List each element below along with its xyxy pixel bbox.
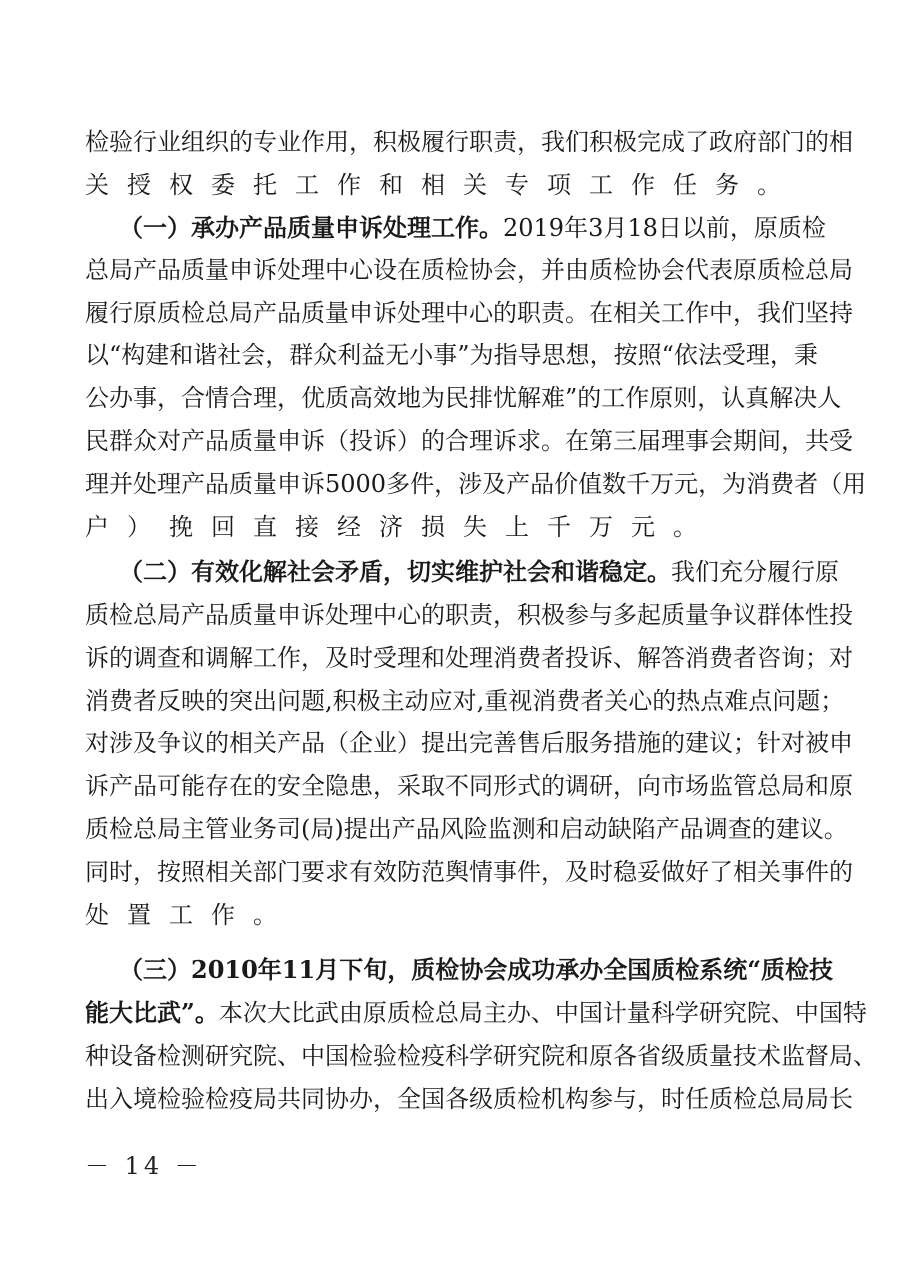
text-line: 公办事，合情合理，优质高效地为民排忧解难”的工作原则，认真解决人 (85, 383, 814, 413)
text-line: 民群众对产品质量申诉（投诉）的合理诉求。在第三届理事会期间，共受 (85, 426, 814, 456)
text-line: 履行原质检总局产品质量申诉处理中心的职责。在相关工作中，我们坚持 (85, 298, 814, 328)
text-line: 质检总局产品质量申诉处理中心的职责，积极参与多起质量争议群体性投 (85, 600, 814, 630)
text-line: 种设备检测研究院、中国检验检疫科学研究院和原各省级质量技术监督局、 (85, 1041, 814, 1071)
text-line: 检验行业组织的专业作用，积极履行职责，我们积极完成了政府部门的相 (85, 127, 814, 157)
text-line: 能大比武”。本次大比武由原质检总局主办、中国计量科学研究院、中国特 (85, 998, 814, 1028)
text-line: 户）挽回直接经济损失上千万元。 (85, 512, 814, 542)
text-line: 诉产品可能存在的安全隐患，采取不同形式的调研，向市场监管总局和原 (85, 771, 814, 801)
text-line: （三）2010年11月下旬，质检协会成功承办全国质检系统“质检技 (119, 955, 814, 985)
text-line: 关授权委托工作和相关专项工作任务。 (85, 170, 814, 200)
text-line: 出入境检验检疫局共同协办，全国各级质检机构参与，时任质检总局局长 (85, 1084, 814, 1114)
text-line: 以“构建和谐社会，群众利益无小事”为指导思想，按照“依法受理，秉 (85, 340, 814, 370)
text-line: 处置工作。 (85, 900, 814, 930)
page-number: － 14 － (85, 1151, 203, 1181)
text-line: 理并处理产品质量申诉5000多件，涉及产品价值数千万元，为消费者（用 (85, 469, 814, 499)
text-line: 诉的调查和调解工作，及时受理和处理消费者投诉、解答消费者咨询；对 (85, 643, 814, 673)
document-page: 检验行业组织的专业作用，积极履行职责，我们积极完成了政府部门的相关授权委托工作和… (0, 0, 900, 1273)
text-line: 同时，按照相关部门要求有效防范舆情事件，及时稳妥做好了相关事件的 (85, 857, 814, 887)
text-line: （一）承办产品质量申诉处理工作。2019年3月18日以前，原质检 (119, 213, 814, 243)
text-line: 质检总局主管业务司(局)提出产品风险监测和启动缺陷产品调查的建议。 (85, 814, 814, 844)
text-line: 总局产品质量申诉处理中心设在质检协会，并由质检协会代表原质检总局 (85, 255, 814, 285)
text-line: （二）有效化解社会矛盾，切实维护社会和谐稳定。我们充分履行原 (119, 557, 814, 587)
text-line: 对涉及争议的相关产品（企业）提出完善售后服务措施的建议；针对被申 (85, 728, 814, 758)
text-line: 消费者反映的突出问题,积极主动应对,重视消费者关心的热点难点问题； (85, 686, 814, 716)
